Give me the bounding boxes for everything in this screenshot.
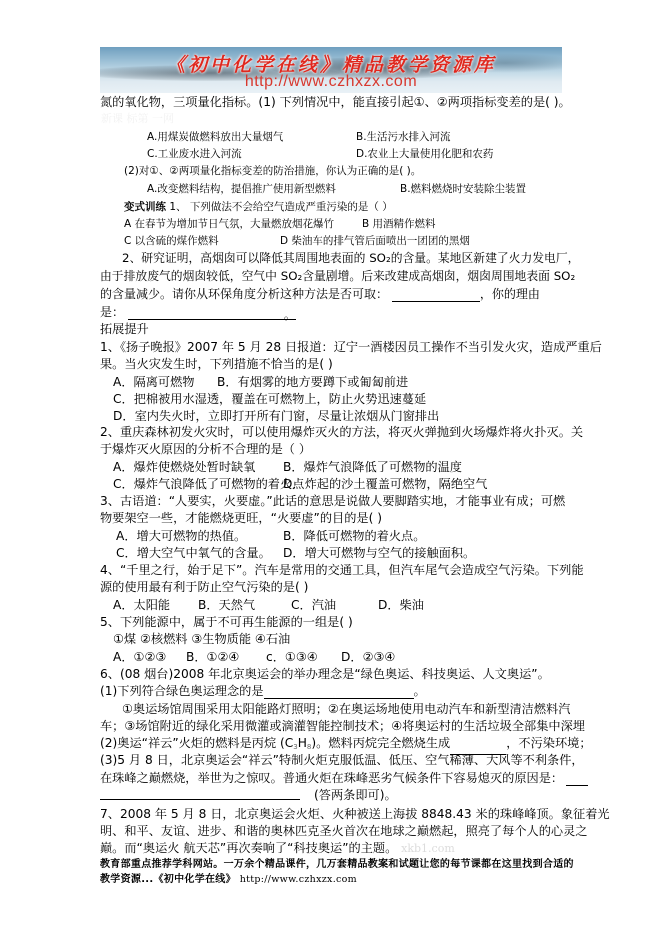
ext-q2-option-c: C．爆炸气浪降低了可燃物的着火点 (113, 476, 304, 492)
footer-url-link[interactable]: http://www.czhxzx.com (240, 874, 357, 885)
ext-q6-part3-text: 在珠峰之巅燃烧，举世为之惊叹。普通火炬在珠峰恶劣气候条件下容易熄灭的原因是： (100, 771, 563, 785)
ext-q4-option-a: A．太阳能 (113, 597, 170, 613)
extension-heading: 拓展提升 (100, 321, 149, 337)
ext-q3-option-c: C．增大空气中氧气的含量。 (116, 545, 271, 561)
q2-option-b: B.燃料燃烧时安装除尘装置 (400, 181, 526, 197)
document-page: 《初中化学在线》精品教学资源库 http://www.czhxzx.com 氮的… (0, 0, 661, 935)
ext-q6-items-line-1: ①奥运场馆周围采用太阳能路灯照明；②在奥运场地使用电动汽车和新型清洁燃料汽 (122, 701, 570, 717)
answer-blank-reason[interactable]: 。 (128, 307, 296, 320)
ext-q5-option-a: A．①②③ (113, 649, 166, 665)
q1-option-d: D.农业上大量使用化肥和农药 (356, 146, 493, 162)
ext-q2-option-d: D．炸起的沙土覆盖可燃物，隔绝空气 (283, 476, 487, 492)
ext-q6-part1: (1)下列符合绿色奥运理念的是。 (100, 683, 426, 699)
period: 。 (284, 308, 296, 322)
ext-q4-line-1: 4、“千里之行，始于足下”。汽车是常用的交通工具，但汽车尾气会造成空气污染。下列… (100, 562, 584, 578)
variant-q2-line-4: 是： 。 (100, 304, 296, 320)
footer-line-2: 教学资源...《初中化学在线》 http://www.czhxzx.com (100, 872, 357, 888)
variant-q2-line-1: 2、研究证明，高烟囱可以降低其周围地表面的 SO₂的含量。某地区新建了火力发电厂… (122, 250, 579, 266)
ext-q6-part2-rest: )。燃料丙烷完全燃烧生成 (311, 736, 450, 750)
variant-q1-option-c: C 以含硫的煤作燃料 (124, 233, 219, 249)
ext-q1-option-a: A．隔离可燃物 (113, 374, 194, 390)
answer-blank-extinguish-reason-cont[interactable] (100, 787, 300, 800)
variant-q2-text: 的含量减少。请你从环保角度分析这种方法是否可取： (100, 287, 388, 301)
ext-q3-line-2: 物要架空一些，才能燃烧更旺，“火要虚”的目的是( ) (100, 510, 382, 526)
ext-q6-part3-end: (答两条即可)。 (314, 787, 397, 803)
footer-site-name: 教学资源...《初中化学在线》 (100, 874, 236, 885)
watermark-bottom: xkb1.com (401, 842, 455, 855)
q2-stem: (2)对①、②两项量化指标变差的防治措施，你认为正确的是( )。 (124, 163, 421, 179)
variant-q2-is-label: 是： (100, 305, 124, 319)
ext-q7-text: 巅。而“奥运火 航天芯”再次奏响了“科技奥运”的主题。 (100, 841, 397, 855)
answer-blank-extinguish-reason[interactable] (566, 773, 588, 786)
site-banner: 《初中化学在线》精品教学资源库 http://www.czhxzx.com (100, 47, 562, 93)
ext-q5-line-1: 5、下列能源中，属于不可再生能源的一组是( ) (100, 614, 353, 630)
ext-q7-line-3: 巅。而“奥运火 航天芯”再次奏响了“科技奥运”的主题。 xkb1.com (100, 840, 455, 857)
ext-q5-line-2: ①煤 ②核燃料 ③生物质能 ④石油 (113, 631, 290, 647)
ext-q3-option-d: D．增大可燃物与空气的接触面积。 (283, 545, 475, 561)
ext-q2-option-b: B．爆炸气浪降低了可燃物的温度 (283, 459, 462, 475)
ext-q6-part2-end: ，不污染环境； (506, 736, 591, 750)
intro-line: 氮的氧化物，三项量化指标。(1) 下列情况中，能直接引起①、②两项指标变差的是(… (100, 94, 571, 110)
q1-option-a: A.用煤炭做燃料放出大量烟气 (147, 129, 283, 145)
ext-q6-part2-h: H (298, 736, 307, 750)
ext-q5-option-d: D．②③④ (341, 649, 395, 665)
ext-q3-option-a: A．增大可燃物的热值。 (116, 528, 246, 544)
ext-q7-line-2: 明、和平、友谊、进步、和谐的奥林匹克圣火首次在地球之巅燃起，照亮了每个人的心灵之 (100, 823, 588, 839)
ext-q3-line-1: 3、古语道：“人要实，火要虚。”此话的意思是说做人要脚踏实地，才能事业有成；可燃 (100, 493, 565, 509)
ext-q7-line-1: 7、2008 年 5 月 8 日，北京奥运会火炬、火种被送上海拔 8848.43… (100, 806, 610, 822)
ext-q2-line-2: 于爆炸灭火原因的分析不合理的是（ ） (100, 441, 311, 457)
watermark-top: 新课 标第 一网 (101, 111, 174, 127)
ext-q6-part2-text: (2)奥运“祥云”火炬的燃料是丙烷 (C (100, 736, 293, 750)
ext-q6-part3-line-1: (3)5 月 8 日，北京奥运会“祥云”特制火炬克服低温、低压、空气稀薄、大风等… (100, 752, 584, 768)
ext-q1-option-b: B．有烟雾的地方要蹲下或匍匐前进 (217, 374, 408, 390)
ext-q5-option-c: c．①③④ (266, 649, 318, 665)
ext-q4-option-d: D．柴油 (378, 597, 424, 613)
answer-blank-feasible[interactable] (392, 289, 480, 302)
variant-q1-option-a: A 在春节为增加节日气氛，大量燃放烟花爆竹 (124, 216, 334, 232)
variant-q1-line: 变式训练 1、 下列做法不会给空气造成严重污染的是（ ） (124, 199, 393, 215)
ext-q5-option-b: B．①②④ (186, 649, 239, 665)
variant-q2-line-3: 的含量减少。请你从环保角度分析这种方法是否可取： ，你的理由 (100, 286, 540, 302)
footer-line-1: 教育部重点推荐学科网站。一万余个精品课件，几万套精品教案和试题让您的每节课都在这… (100, 857, 574, 873)
q2-option-a: A.改变燃料结构，提倡推广使用新型燃料 (147, 181, 336, 197)
variant-training-label: 变式训练 (124, 201, 166, 213)
banner-url[interactable]: http://www.czhxzx.com (100, 73, 562, 91)
ext-q3-option-b: B．降低可燃物的着火点。 (283, 528, 425, 544)
variant-q2-reason-label: ，你的理由 (480, 287, 540, 301)
ext-q4-option-c: C．汽油 (291, 597, 336, 613)
variant-q1-option-d: D 柴油车的排气管后面喷出一团团的黑烟 (280, 233, 470, 249)
q1-option-b: B.生活污水排入河流 (356, 129, 451, 145)
ext-q6-part1-text: (1)下列符合绿色奥运理念的是 (100, 684, 264, 698)
ext-q1-option-c: C．把棉被用水湿透，覆盖在可燃物上，防止火势迅速蔓延 (113, 391, 426, 407)
ext-q6-items-line-2: 车；③场馆附近的绿化采用微灌或滴灌智能控制技术；④将奥运村的生活垃圾全部集中深埋 (100, 718, 585, 734)
ext-q1-option-d: D．室内失火时，立即打开所有门窗，尽量让浓烟从门窗排出 (113, 408, 439, 424)
period: 。 (414, 684, 426, 698)
ext-q6-stem: 6、(08 烟台)2008 年北京奥运会的举办理念是“绿色奥运、科技奥运、人文奥… (100, 666, 550, 682)
q1-option-c: C.工业废水进入河流 (147, 146, 242, 162)
answer-blank-green-olympics[interactable] (264, 686, 414, 699)
ext-q2-line-1: 2、重庆森林初发火灾时，可以使用爆炸灭火的方法，将灭火弹抛到火场爆炸将火扑灭。关 (100, 424, 583, 440)
ext-q4-line-2: 源的使用最有利于防止空气污染的是( ) (100, 579, 308, 595)
ext-q2-option-a: A．爆炸使燃烧处暂时缺氧 (113, 459, 255, 475)
ext-q1-line-2: 果。当火灾发生时，下列措施不恰当的是( ) (100, 356, 333, 372)
ext-q1-line-1: 1、《扬子晚报》2007 年 5 月 28 日报道：辽宁一酒楼因员工操作不当引发… (100, 339, 602, 355)
ext-q6-part3-line-2: 在珠峰之巅燃烧，举世为之惊叹。普通火炬在珠峰恶劣气候条件下容易熄灭的原因是： (100, 770, 588, 786)
variant-q1-option-b: B 用酒精作燃料 (362, 216, 436, 232)
variant-q2-line-2: 由于排放废气的烟囱较低，空气中 SO₂含量剧增。后来改建成高烟囱，烟囱周围地表面… (100, 268, 575, 284)
ext-q4-option-b: B．天然气 (198, 597, 255, 613)
variant-q1-stem: 1、 下列做法不会给空气造成严重污染的是（ ） (166, 201, 393, 213)
